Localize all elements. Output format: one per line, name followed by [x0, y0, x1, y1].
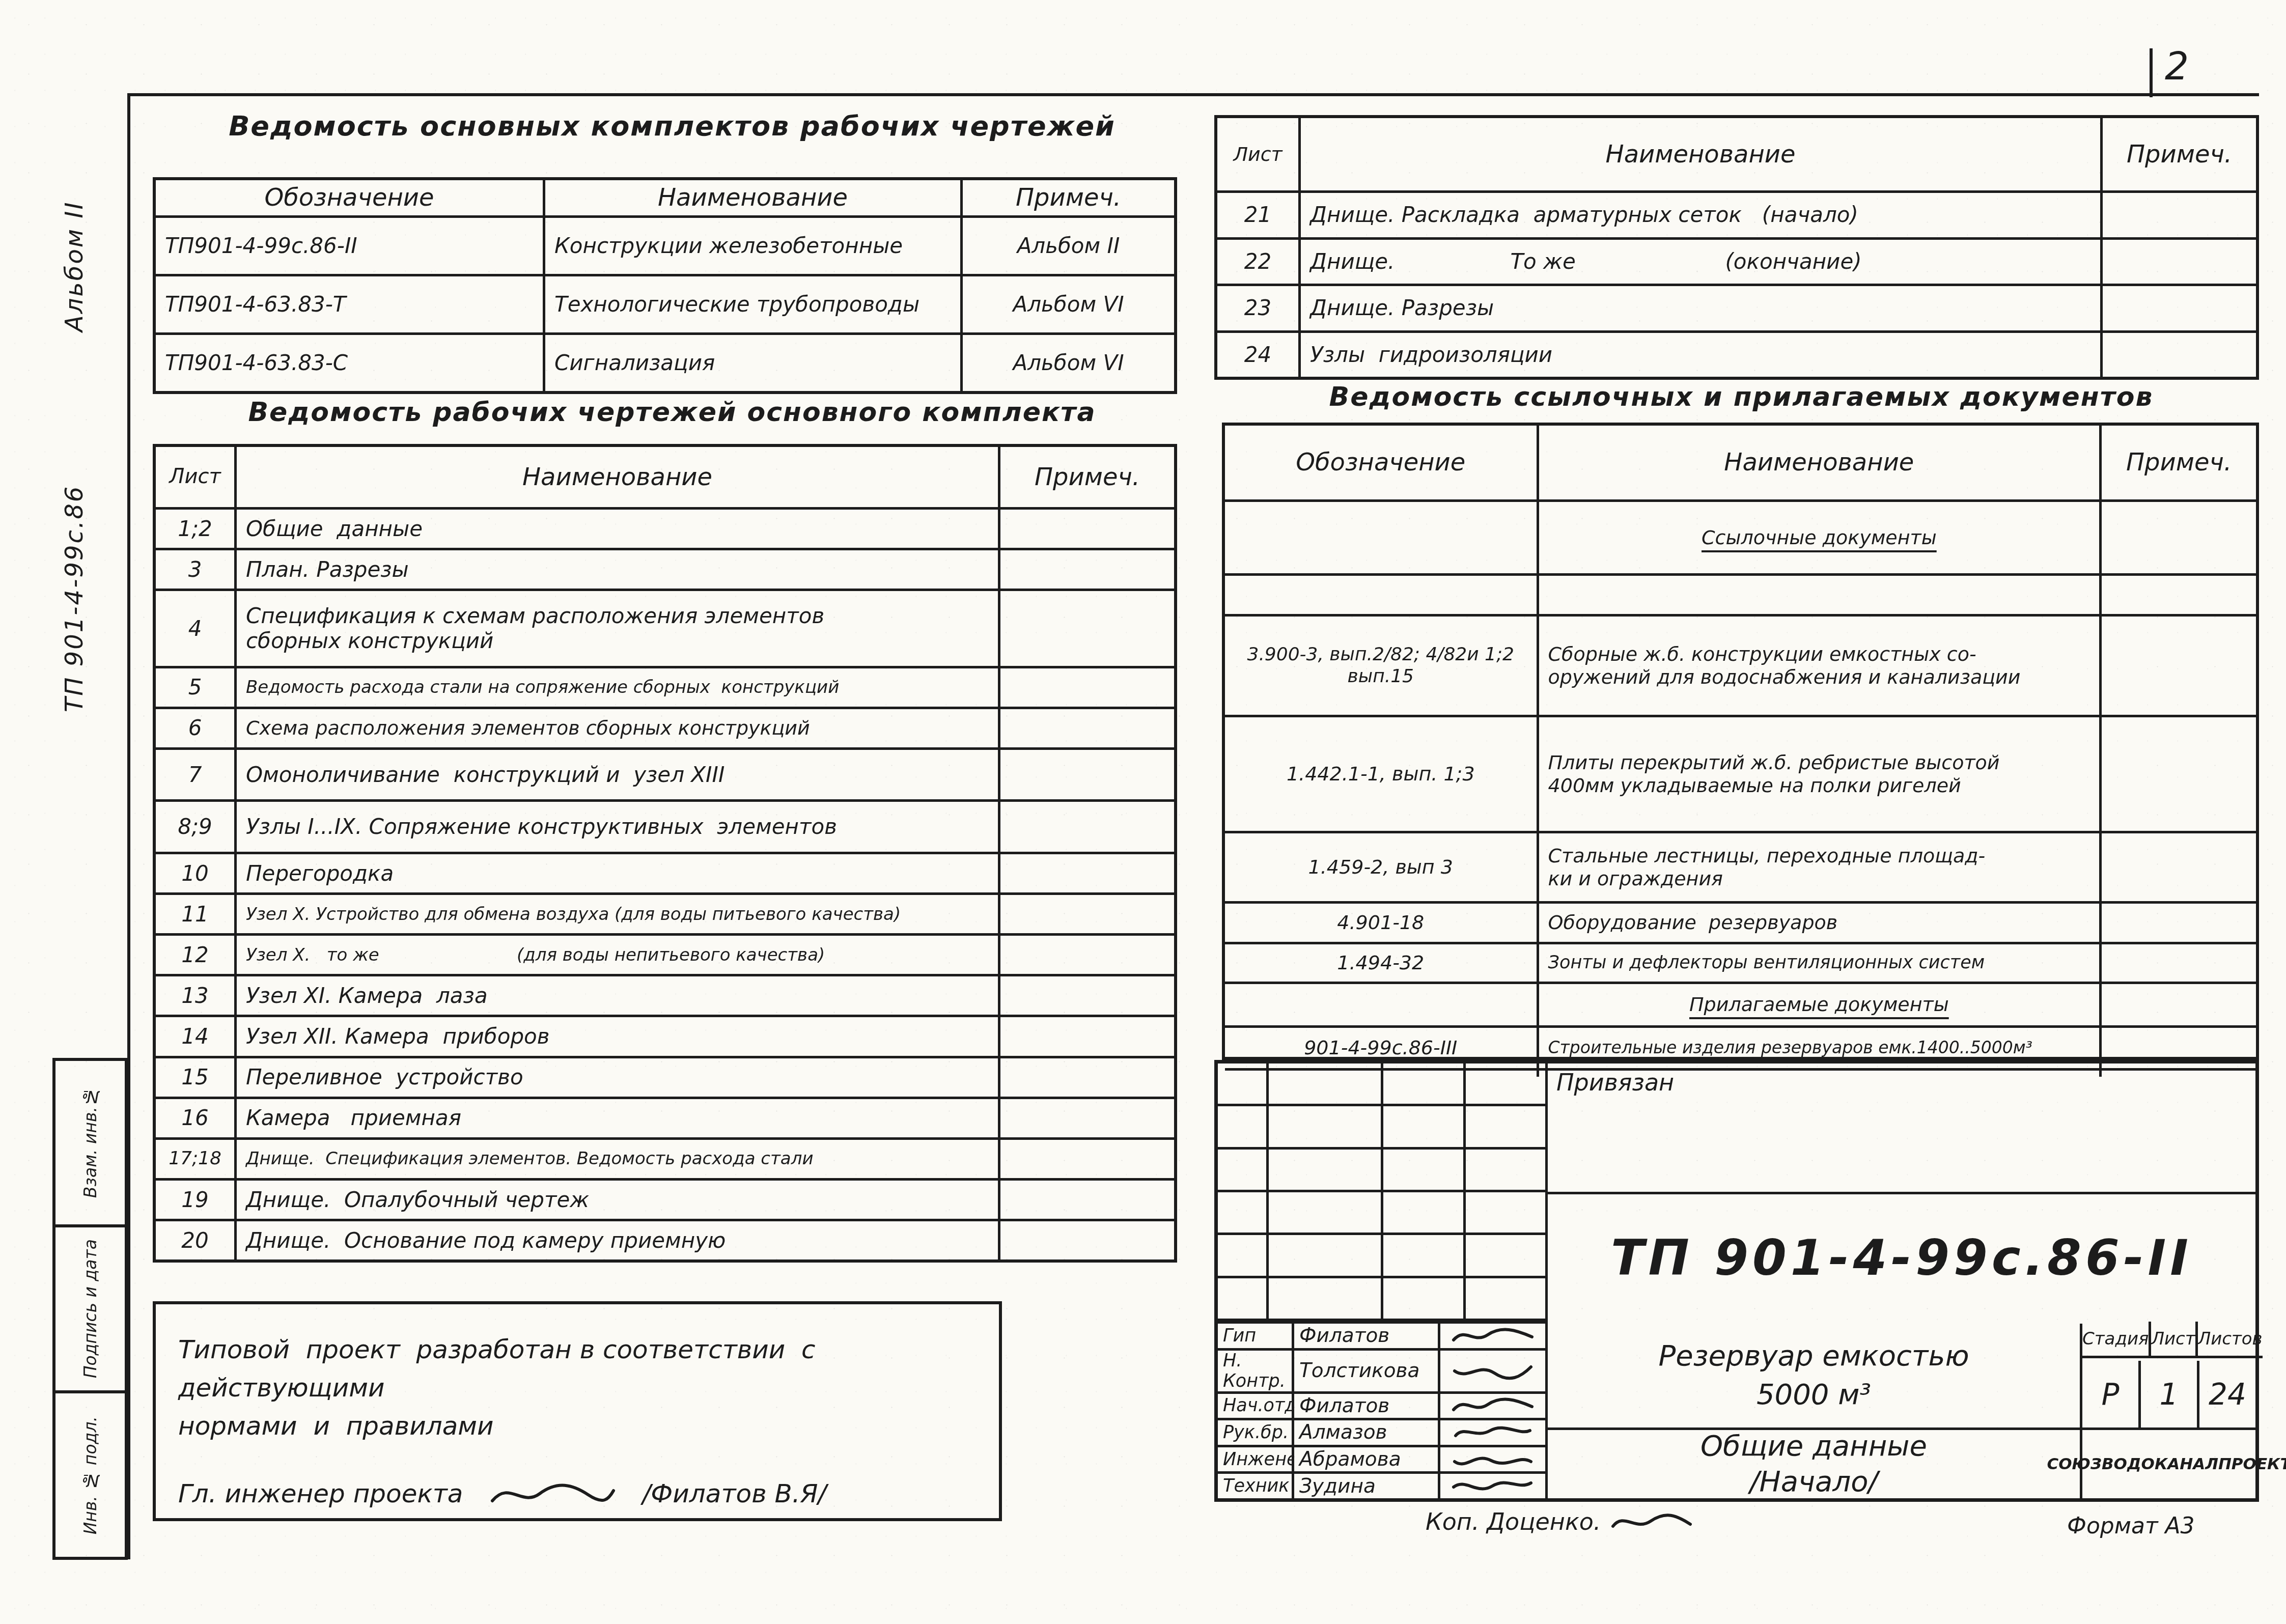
designation-cell: ТП901-4-99с.86-II [156, 218, 543, 274]
note-cell [2099, 617, 2256, 715]
signature-row: Инженер Абрамова [1218, 1445, 1545, 1472]
title-block: Привязан ТП 901-4-99с.86-II Гип Филатов … [1214, 1060, 2259, 1502]
name-cell: Общие данные [234, 510, 998, 548]
object-title-line1: Резервуар емкостью [1658, 1337, 1969, 1376]
note-cell [998, 1099, 1174, 1137]
signer-name: Абрамова [1294, 1447, 1440, 1472]
signatures-table: Гип Филатов Н. Контр. Толстикова Нач.отд… [1218, 1321, 1548, 1498]
working-set-title: Ведомость рабочих чертежей основного ком… [168, 397, 1176, 428]
note-cell [2100, 286, 2256, 330]
note-cell [2100, 193, 2256, 237]
sheet-cell: 8;9 [156, 802, 234, 852]
signature-cell [1440, 1474, 1545, 1498]
col-header-note: Примеч. [2100, 118, 2256, 190]
designation-cell: ТП901-4-63.83-Т [156, 276, 543, 332]
table-header-row: Обозначение Наименование Примеч. [1225, 426, 2256, 499]
signature-icon [1449, 1475, 1536, 1497]
table-row: 1;2 Общие данные [156, 507, 1174, 548]
table-row: ТП901-4-63.83-Т Технологические трубопро… [156, 274, 1174, 332]
note-cell [2099, 944, 2256, 982]
sheet-cell: 19 [156, 1181, 234, 1219]
main-sets-table: Обозначение Наименование Примеч. ТП901-4… [153, 177, 1177, 394]
signer-name: Толстикова [1294, 1351, 1440, 1391]
name-cell: Узлы I...IX. Сопряжение конструктивных э… [234, 802, 998, 852]
note-cell [998, 1221, 1174, 1259]
adapted-note: Привязан [1556, 1069, 1674, 1096]
note-cell [998, 1058, 1174, 1097]
main-sets-title: Ведомость основных комплектов рабочих че… [168, 110, 1176, 142]
note-cell [998, 936, 1174, 974]
sheet-cell: 1;2 [156, 510, 234, 548]
note-cell [998, 895, 1174, 933]
copy-note-text: Коп. Доценко. [1426, 1508, 1601, 1535]
sheet-cell: 7 [156, 750, 234, 800]
name-cell: Узлы гидроизоляции [1298, 333, 2100, 377]
sheet-cell: 22 [1217, 240, 1298, 284]
table-row: 17;18 Днище. Спецификация элементов. Вед… [156, 1137, 1174, 1178]
table-row: 3.900-3, вып.2/82; 4/82и 1;2 вып.15 Сбор… [1225, 614, 2256, 715]
designation-cell: ТП901-4-63.83-С [156, 335, 543, 391]
working-set-table: Лист Наименование Примеч. 1;2 Общие данн… [153, 444, 1177, 1263]
designation-cell [1225, 984, 1537, 1025]
sheet-cell: 16 [156, 1099, 234, 1137]
sheet-cell: 23 [1217, 286, 1298, 330]
note-cell: Альбом II [960, 218, 1174, 274]
name-cell: Днище. Опалубочный чертеж [234, 1181, 998, 1219]
name-cell: Зонты и дефлекторы вентиляционных систем [1537, 944, 2100, 982]
references-title: Ведомость ссылочных и прилагаемых докуме… [1232, 382, 2250, 412]
drawing-sheet: 2 Альбом II ТП 901-4-99с.86 Взам. инв.№ … [0, 0, 2286, 1624]
col-header-sheet: Лист [156, 447, 234, 507]
designation-cell [1225, 576, 1537, 614]
signer-name: Алмазов [1294, 1420, 1440, 1445]
signature-row: Техник Зудина [1218, 1471, 1545, 1498]
stamp-box-vzam: Взам. инв.№ [55, 1061, 125, 1224]
table-row: 23 Днище. Разрезы [1217, 284, 2256, 330]
references-table: Обозначение Наименование Примеч. Ссылочн… [1222, 423, 2259, 1060]
name-cell: Камера приемная [234, 1099, 998, 1137]
organization-name: СОЮЗВОДОКАНАЛПРОЕКТ [2082, 1427, 2255, 1498]
col-header-note: Примеч. [2099, 426, 2256, 499]
signer-role: Инженер [1218, 1447, 1294, 1472]
sheet-cell: 14 [156, 1017, 234, 1055]
sheet-cell: 4 [156, 591, 234, 665]
table-header-row: Лист Наименование Примеч. [156, 447, 1174, 507]
frame-top-line [127, 93, 2259, 96]
continuation-table: Лист Наименование Примеч. 21 Днище. Раск… [1214, 115, 2259, 380]
format-note: Формат А3 [2067, 1513, 2195, 1539]
signature-icon [1449, 1448, 1536, 1471]
name-cell: Днище. Раскладка арматурных сеток (начал… [1298, 193, 2100, 237]
name-cell: Днище. Спецификация элементов. Ведомость… [234, 1140, 998, 1178]
note-cell [2099, 717, 2256, 831]
table-row: 1.442.1-1, вып. 1;3 Плиты перекрытий ж.б… [1225, 715, 2256, 831]
note-cell: Альбом VI [960, 276, 1174, 332]
note-cell [2099, 576, 2256, 614]
col-header-designation: Обозначение [156, 180, 543, 215]
note-cell [998, 668, 1174, 707]
table-row: 4.901-18 Оборудование резервуаров [1225, 901, 2256, 942]
signature-row: Рук.бр. Алмазов [1218, 1418, 1545, 1445]
table-row: 12 Узел X. то же (для воды непитьевого к… [156, 933, 1174, 974]
name-cell: Омоноличивание конструкций и узел XIII [234, 750, 998, 800]
spacer-row [1225, 573, 2256, 614]
table-row: ТП901-4-99с.86-II Конструкции железобето… [156, 215, 1174, 274]
name-cell: Сборные ж.б. конструкции емкостных со- о… [1537, 617, 2100, 715]
table-row: 10 Перегородка [156, 852, 1174, 892]
table-row: 24 Узлы гидроизоляции [1217, 330, 2256, 377]
table-header-row: Обозначение Наименование Примеч. [156, 180, 1174, 215]
note-cell [998, 709, 1174, 747]
signature-icon [1449, 1394, 1536, 1417]
note-cell [998, 802, 1174, 852]
sheet-label: Лист [2149, 1322, 2195, 1358]
stage-values-row: Р 1 24 [2082, 1361, 2255, 1427]
table-row: 5 Ведомость расхода стали на сопряжение … [156, 666, 1174, 707]
statement-signer-name: /Филатов В.Я/ [642, 1475, 826, 1513]
signature-icon [1449, 1325, 1536, 1347]
table-row: 4 Спецификация к схемам расположения эле… [156, 589, 1174, 665]
sheet-cell: 15 [156, 1058, 234, 1097]
note-cell [2099, 984, 2256, 1025]
stamp-box-inv: Инв. № подл. [55, 1390, 125, 1557]
stage-value: Р [2082, 1361, 2138, 1427]
margin-stamp-boxes: Взам. инв.№ Подпись и дата Инв. № подл. [52, 1058, 128, 1560]
note-cell [998, 1181, 1174, 1219]
table-row: 6 Схема расположения элементов сборных к… [156, 707, 1174, 747]
signature-cell [1440, 1447, 1545, 1472]
name-cell: Конструкции железобетонные [543, 218, 960, 274]
document-designation: ТП 901-4-99с.86-II [1548, 1194, 2255, 1322]
signer-role: Рук.бр. [1218, 1420, 1294, 1445]
name-cell: Плиты перекрытий ж.б. ребристые высотой … [1537, 717, 2100, 831]
col-header-name: Наименование [1537, 426, 2100, 499]
table-row: 19 Днище. Опалубочный чертеж [156, 1178, 1174, 1219]
name-cell: Сигнализация [543, 335, 960, 391]
signature-cell [1440, 1351, 1545, 1391]
stamp-box-podpis: Подпись и дата [55, 1224, 125, 1391]
signature-icon [486, 1476, 619, 1512]
margin-album-label: Альбом II [60, 136, 107, 396]
name-cell: Технологические трубопроводы [543, 276, 960, 332]
designation-cell: 3.900-3, вып.2/82; 4/82и 1;2 вып.15 [1225, 617, 1537, 715]
sheets-label: Листов [2195, 1322, 2263, 1358]
name-cell: Ведомость расхода стали на сопряжение сб… [234, 668, 998, 707]
signature-row: Н. Контр. Толстикова [1218, 1348, 1545, 1391]
table-row: 14 Узел XII. Камера приборов [156, 1015, 1174, 1055]
signature-icon [1449, 1360, 1536, 1382]
sheet-cell: 21 [1217, 193, 1298, 237]
table-row: 20 Днище. Основание под камеру приемную [156, 1219, 1174, 1259]
stamp-box-label: Взам. инв.№ [80, 1087, 100, 1198]
page-number-tick [2150, 48, 2153, 97]
designation-cell: 1.459-2, вып 3 [1225, 833, 1537, 901]
sheet-cell: 17;18 [156, 1140, 234, 1178]
signature-row: Нач.отд. Филатов [1218, 1391, 1545, 1418]
table-header-row: Лист Наименование Примеч. [1217, 118, 2256, 190]
sheet-cell: 12 [156, 936, 234, 974]
object-title-line2: 5000 м³ [1757, 1376, 1871, 1414]
designation-cell [1225, 502, 1537, 573]
statement-text: Типовой проект разработан в соответствии… [178, 1331, 977, 1445]
stage-label: Стадия [2082, 1322, 2149, 1358]
table-row: 8;9 Узлы I...IX. Сопряжение конструктивн… [156, 799, 1174, 852]
name-cell: Днище. То же (окончание) [1298, 240, 2100, 284]
name-cell: Днище. Основание под камеру приемную [234, 1221, 998, 1259]
sheet-cell: 10 [156, 854, 234, 892]
name-cell: Узел XII. Камера приборов [234, 1017, 998, 1055]
sheet-cell: 5 [156, 668, 234, 707]
col-header-name: Наименование [234, 447, 998, 507]
sheet-cell: 11 [156, 895, 234, 933]
sheet-cell: 13 [156, 976, 234, 1015]
signature-icon [1449, 1421, 1536, 1444]
signature-icon [1609, 1509, 1695, 1534]
signature-row: Гип Филатов [1218, 1324, 1545, 1348]
signer-role: Нач.отд. [1218, 1394, 1294, 1418]
statement-box: Типовой проект разработан в соответствии… [153, 1301, 1002, 1521]
sheet-title: Общие данные /Начало/ [1548, 1427, 2082, 1498]
signature-cell [1440, 1420, 1545, 1445]
name-cell: Узел XI. Камера лаза [234, 976, 998, 1015]
signature-cell [1440, 1394, 1545, 1418]
note-cell [2099, 502, 2256, 573]
name-cell: Узел X. Устройство для обмена воздуха (д… [234, 895, 998, 933]
signature-cell [1440, 1324, 1545, 1348]
note-cell [998, 550, 1174, 589]
name-cell: Спецификация к схемам расположения элеме… [234, 591, 998, 665]
table-row: 1.494-32 Зонты и дефлекторы вентиляционн… [1225, 942, 2256, 982]
sheet-cell: 6 [156, 709, 234, 747]
stamp-box-label: Подпись и дата [80, 1239, 100, 1378]
signer-name: Зудина [1294, 1474, 1440, 1498]
sheet-value: 1 [2138, 1361, 2197, 1427]
designation-cell: 4.901-18 [1225, 904, 1537, 942]
table-row: 22 Днище. То же (окончание) [1217, 237, 2256, 284]
statement-signer-role: Гл. инженер проекта [178, 1475, 463, 1513]
note-cell [998, 591, 1174, 665]
col-header-designation: Обозначение [1225, 426, 1537, 499]
col-header-name: Наименование [543, 180, 960, 215]
col-header-note: Примеч. [998, 447, 1174, 507]
col-header-name: Наименование [1298, 118, 2100, 190]
page-number: 2 [2165, 45, 2189, 89]
name-cell: Схема расположения элементов сборных кон… [234, 709, 998, 747]
signer-role: Гип [1218, 1324, 1294, 1348]
table-row: 3 План. Разрезы [156, 548, 1174, 589]
note-cell [998, 1017, 1174, 1055]
col-header-sheet: Лист [1217, 118, 1298, 190]
sheet-cell: 3 [156, 550, 234, 589]
section-row: Ссылочные документы [1225, 499, 2256, 573]
table-row: 11 Узел X. Устройство для обмена воздуха… [156, 892, 1174, 933]
name-cell: План. Разрезы [234, 550, 998, 589]
note-cell [2099, 904, 2256, 942]
note-cell [998, 1140, 1174, 1178]
name-cell: Перегородка [234, 854, 998, 892]
sheets-value: 24 [2197, 1361, 2255, 1427]
table-row: 15 Переливное устройство [156, 1056, 1174, 1097]
signer-role: Н. Контр. [1218, 1351, 1294, 1391]
sheet-cell: 20 [156, 1221, 234, 1259]
col-header-note: Примеч. [960, 180, 1174, 215]
signer-role: Техник [1218, 1474, 1294, 1498]
note-cell [998, 976, 1174, 1015]
table-row: 1.459-2, вып 3 Стальные лестницы, перехо… [1225, 831, 2256, 901]
stamp-box-label: Инв. № подл. [80, 1416, 100, 1534]
signer-name: Филатов [1294, 1324, 1440, 1348]
margin-doc-label: ТП 901-4-99с.86 [60, 370, 107, 828]
signer-name: Филатов [1294, 1394, 1440, 1418]
note-cell: Альбом VI [960, 335, 1174, 391]
section-label-attached: Прилагаемые документы [1537, 984, 2100, 1025]
designation-cell: 1.494-32 [1225, 944, 1537, 982]
note-cell [998, 510, 1174, 548]
table-row: 7 Омоноличивание конструкций и узел XIII [156, 747, 1174, 800]
note-cell [998, 854, 1174, 892]
sheet-cell: 24 [1217, 333, 1298, 377]
revision-grid [1218, 1063, 1548, 1321]
name-cell: Днище. Разрезы [1298, 286, 2100, 330]
note-cell [2100, 240, 2256, 284]
table-row: 16 Камера приемная [156, 1097, 1174, 1137]
name-cell: Оборудование резервуаров [1537, 904, 2100, 942]
sheet-title-line1: Общие данные [1700, 1429, 1927, 1464]
table-row: 21 Днище. Раскладка арматурных сеток (на… [1217, 190, 2256, 237]
name-cell: Стальные лестницы, переходные площад- ки… [1537, 833, 2100, 901]
note-cell [998, 750, 1174, 800]
designation-cell: 1.442.1-1, вып. 1;3 [1225, 717, 1537, 831]
note-cell [2100, 333, 2256, 377]
table-row: ТП901-4-63.83-С Сигнализация Альбом VI [156, 332, 1174, 391]
name-cell: Переливное устройство [234, 1058, 998, 1097]
name-cell: Узел X. то же (для воды непитьевого каче… [234, 936, 998, 974]
table-row: 13 Узел XI. Камера лаза [156, 974, 1174, 1015]
sheet-title-line2: /Начало/ [1750, 1464, 1878, 1500]
name-cell [1537, 576, 2100, 614]
object-title: Резервуар емкостью 5000 м³ [1548, 1324, 2082, 1427]
section-row: Прилагаемые документы [1225, 982, 2256, 1025]
stage-header-row: Стадия Лист Листов [2082, 1322, 2255, 1358]
section-label-linked: Ссылочные документы [1537, 502, 2100, 573]
note-cell [2099, 833, 2256, 901]
copy-note: Коп. Доценко. [1426, 1508, 1695, 1535]
